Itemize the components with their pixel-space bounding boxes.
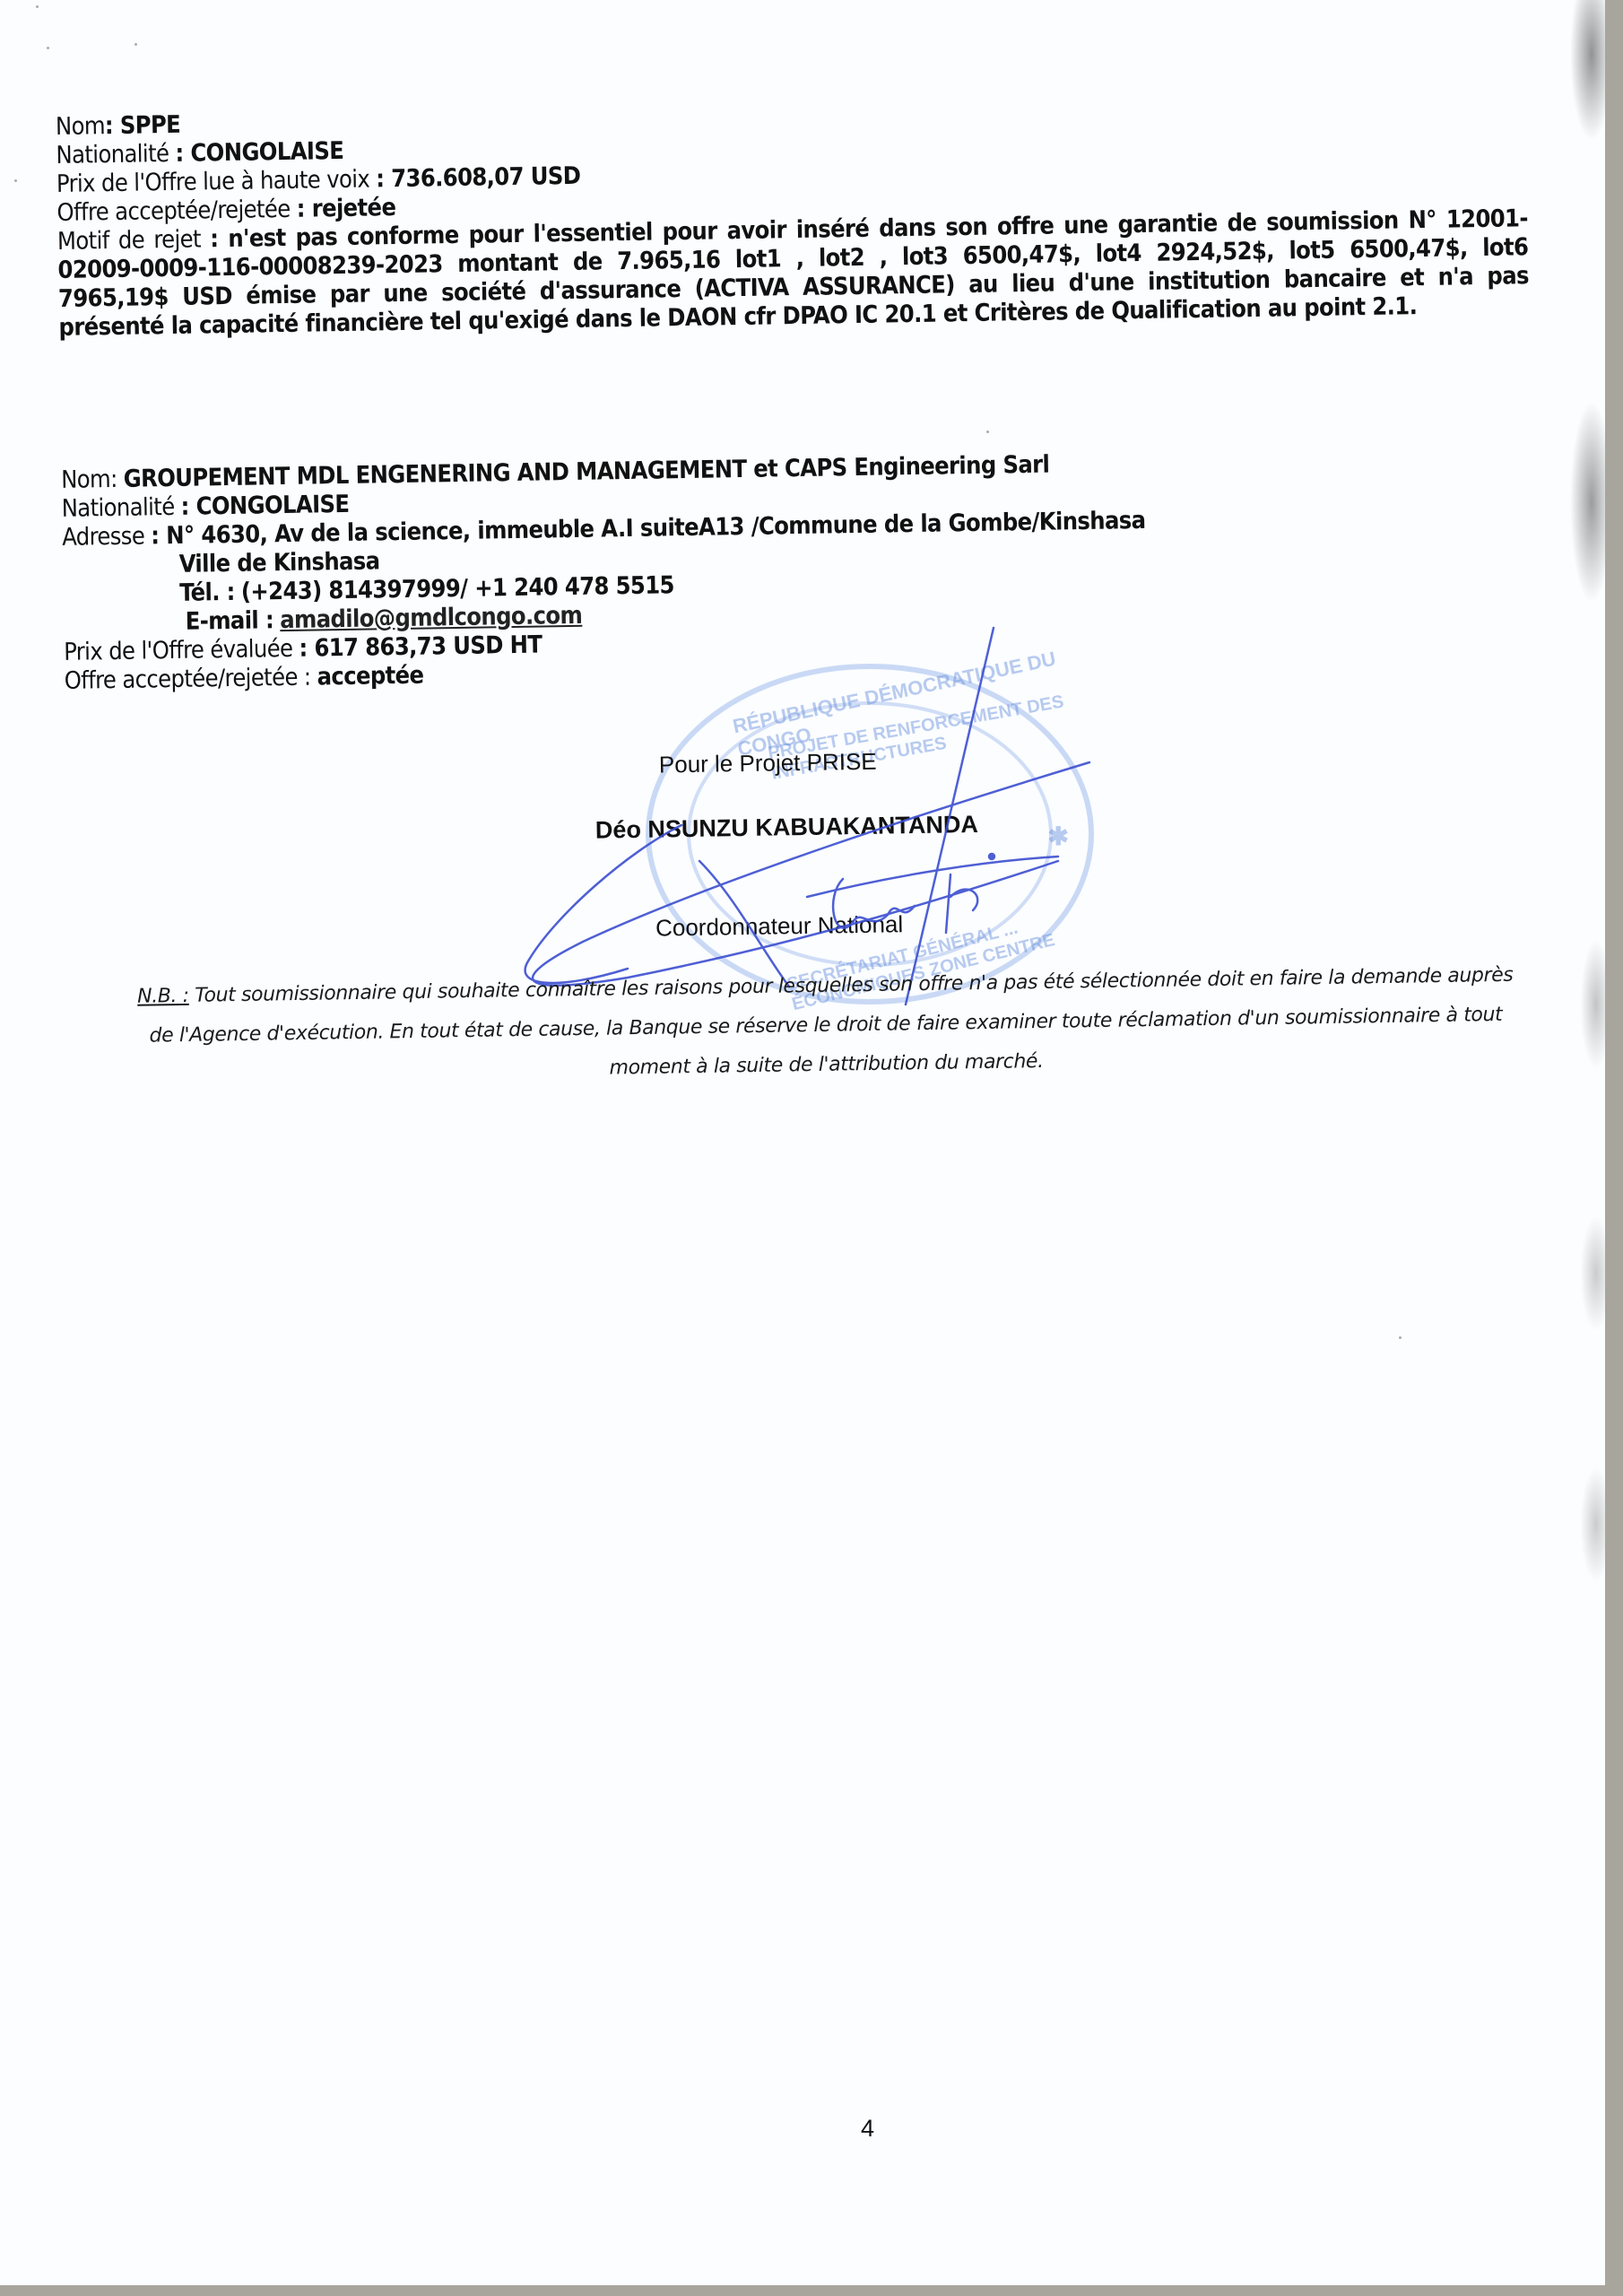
nb-label: N.B. : — [137, 985, 189, 1008]
status-value: rejetée — [311, 194, 395, 222]
price-value: 617 863,73 USD HT — [314, 631, 542, 663]
page-number: 4 — [861, 2115, 874, 2143]
rejection-reason: Motif de rejet : n'est pas conforme pour… — [57, 204, 1530, 343]
nb-text: Tout soumissionnaire qui souhaite connaî… — [149, 964, 1513, 1080]
bidder-name: SPPE — [120, 111, 181, 140]
nationality-value: CONGOLAISE — [190, 137, 343, 168]
nb-note: N.B. : Tout soumissionnaire qui souhaite… — [126, 955, 1526, 1095]
signature-for-project: Pour le Projet PRISE — [0, 737, 1570, 790]
email-link[interactable]: amadilo@gmdlcongo.com — [280, 602, 582, 634]
price-value: 736.608,07 USD — [391, 162, 581, 193]
bidder-sppe: Nom: SPPE Nationalité : CONGOLAISE Prix … — [56, 90, 1530, 343]
status-value: acceptée — [317, 662, 423, 691]
scanned-page: RÉPUBLIQUE DÉMOCRATIQUE DU CONGO PROJET … — [0, 0, 1605, 2285]
nationality-value: CONGOLAISE — [195, 491, 349, 521]
phone-value: (+243) 814397999/ +1 240 478 5515 — [241, 571, 674, 606]
bidder-groupement: Nom: GROUPEMENT MDL ENGENERING AND MANAG… — [61, 449, 1148, 696]
rejection-reason-text: n'est pas conforme pour l'essentiel pour… — [57, 204, 1529, 342]
scan-speck — [1399, 1336, 1402, 1339]
signatory-role: Coordonnateur National — [0, 900, 1582, 952]
address-city: Ville de Kinshasa — [178, 547, 379, 578]
signatory-name: Déo NSUNZU KABUAKANTANDA — [0, 801, 1590, 854]
